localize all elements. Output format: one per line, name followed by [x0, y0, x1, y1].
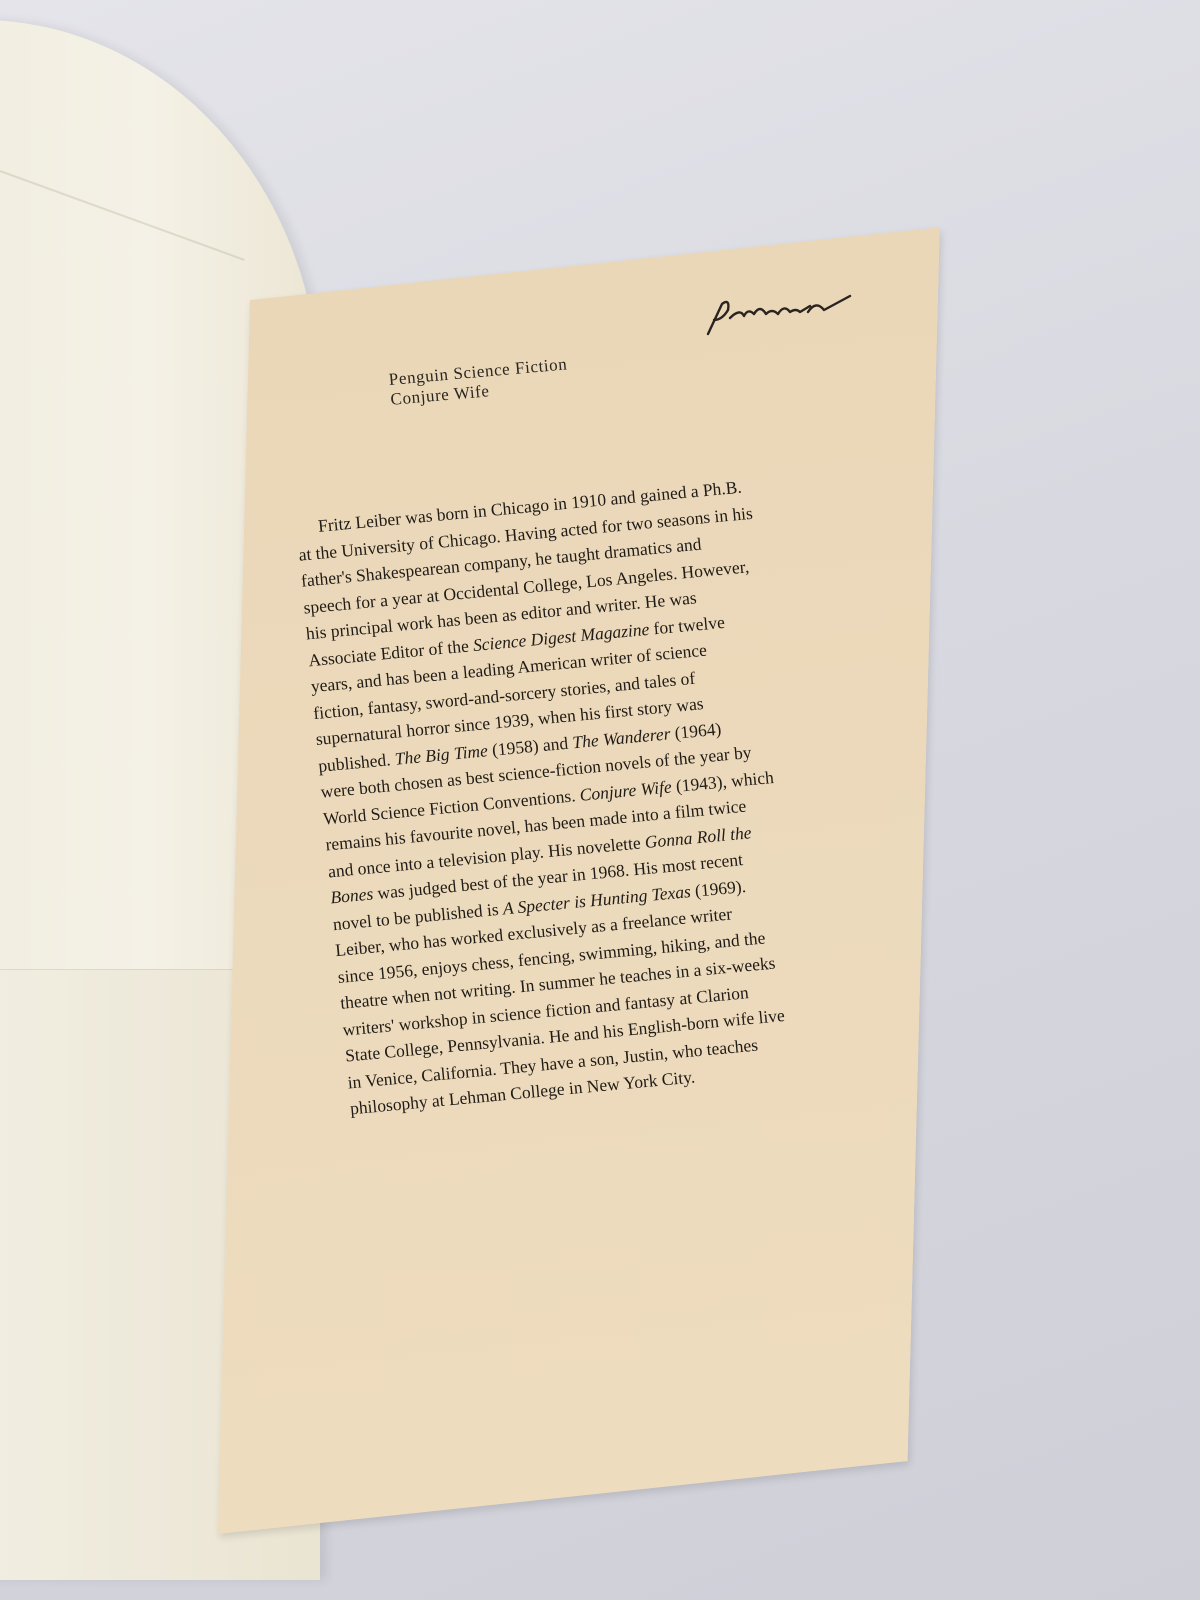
signature-icon — [700, 290, 860, 340]
title-block: Penguin Science Fiction Conjure Wife — [388, 354, 570, 409]
bio-text: published. — [317, 748, 395, 775]
author-bio: Fritz Leiber was born in Chicago in 1910… — [295, 467, 869, 1122]
book-title-ref: Bones — [330, 883, 374, 907]
photo-scene: Penguin Science Fiction Conjure Wife Fri… — [0, 0, 1200, 1600]
bio-text: (1964) — [669, 718, 722, 743]
bio-text: for twelve — [648, 611, 725, 638]
bio-text: (1969). — [690, 875, 747, 900]
page-crease — [0, 170, 245, 261]
book-page: Penguin Science Fiction Conjure Wife Fri… — [218, 227, 940, 1534]
